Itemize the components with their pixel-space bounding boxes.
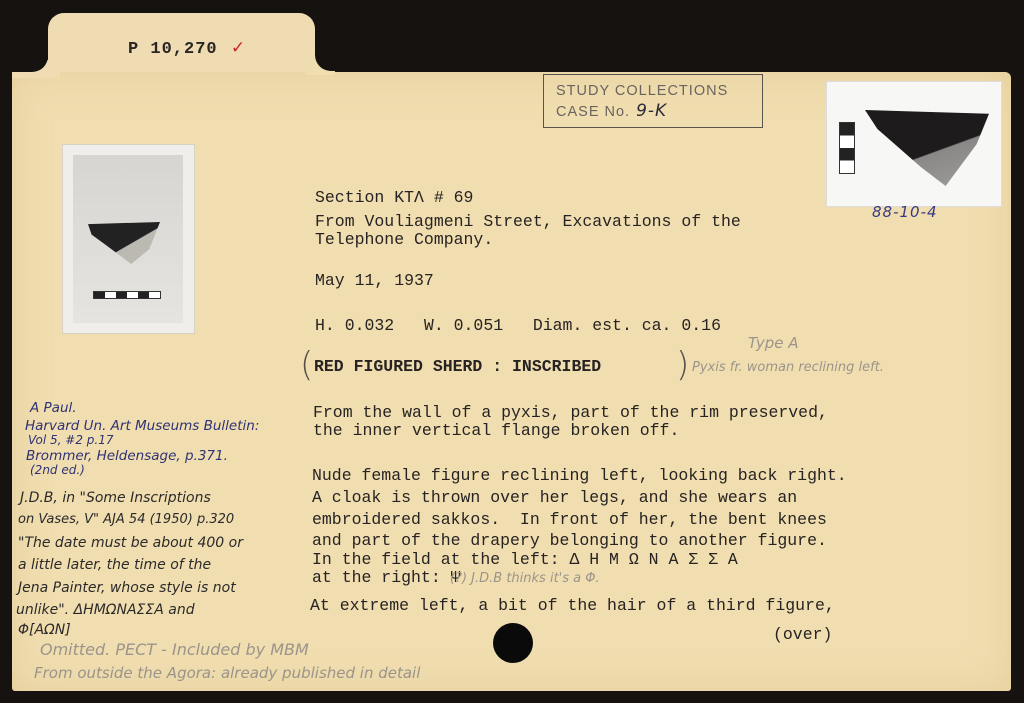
- object-type: RED FIGURED SHERD : INSCRIBED: [314, 358, 601, 376]
- sherd-image: [865, 110, 989, 186]
- stamp-case-row: CASE No.9-K: [556, 101, 762, 122]
- bracket-right: ): [676, 345, 689, 385]
- punch-hole: [493, 623, 533, 663]
- bibliography-note: Vol 5, #2 p.17: [28, 433, 113, 447]
- tab-right-shoulder: [305, 55, 335, 75]
- bibliography-note: Brommer, Heldensage, p.371.: [26, 448, 228, 464]
- catalog-number: P 10,270 ✓: [128, 38, 246, 59]
- catalog-number-text: P 10,270: [128, 40, 218, 59]
- accession-number: 88-10-4: [872, 203, 938, 221]
- sherd-photo-closeup: [826, 81, 1002, 207]
- study-collections-stamp: STUDY COLLECTIONS CASE No.9-K: [543, 74, 763, 128]
- description-line: and part of the drapery belonging to ano…: [312, 532, 827, 550]
- jdb-note-line: on Vases, V" AJA 54 (1950) p.320: [18, 512, 234, 527]
- excavation-date: May 11, 1937: [315, 272, 434, 290]
- bibliography-note: Harvard Un. Art Museums Bulletin:: [25, 418, 259, 434]
- stamp-case-label: CASE No.: [556, 104, 630, 120]
- stamp-case-value: 9-K: [636, 101, 667, 121]
- tab-left-shoulder: [12, 60, 60, 78]
- jdb-note-line: "The date must be about 400 or: [18, 535, 243, 551]
- description-line: the inner vertical flange broken off.: [313, 422, 679, 440]
- description-line: embroidered sakkos. In front of her, the…: [312, 511, 827, 529]
- sherd-photo-overview: [62, 144, 195, 334]
- continued-over: (over): [773, 626, 832, 644]
- pencil-note-omitted: Omitted. PECT - Included by MBM: [40, 640, 309, 659]
- scale-bar-icon: [839, 122, 855, 174]
- section-label: Section KTΛ # 69: [315, 189, 473, 207]
- description-line: A cloak is thrown over her legs, and she…: [312, 489, 797, 507]
- description-line: At extreme left, a bit of the hair of a …: [310, 597, 835, 615]
- stamp-title: STUDY COLLECTIONS: [556, 81, 762, 101]
- jdb-note-line: unlike". ΔΗΜΩΝΑΣΣΑ and: [16, 602, 195, 618]
- jdb-note-line: a little later, the time of the: [18, 557, 211, 573]
- provenance-line-2: Telephone Company.: [315, 231, 493, 249]
- jdb-note-line: Φ[ΑΩΝ]: [18, 622, 71, 638]
- pencil-note-inscription: (?) J.D.B thinks it's a Φ.: [450, 571, 600, 586]
- description-line: From the wall of a pyxis, part of the ri…: [313, 404, 828, 422]
- bibliography-note: A Paul.: [30, 400, 77, 416]
- scale-bar-icon: [93, 291, 161, 299]
- bibliography-note: (2nd ed.): [30, 463, 85, 477]
- inscription-right: at the right: Ψ: [312, 569, 461, 587]
- pencil-note-type: Pyxis fr. woman reclining left.: [692, 360, 884, 375]
- jdb-note-line: J.D.B, in "Some Inscriptions: [20, 490, 211, 506]
- bracket-left: (: [300, 345, 313, 385]
- inscription-left: In the field at the left: Δ Η Μ Ω Ν Α Σ …: [312, 551, 738, 569]
- type-annotation: Type A: [748, 334, 799, 352]
- provenance-line-1: From Vouliagmeni Street, Excavations of …: [315, 213, 741, 231]
- pencil-note-published: From outside the Agora: already publishe…: [34, 664, 420, 682]
- description-line: Nude female figure reclining left, looki…: [312, 467, 847, 485]
- check-mark-icon: ✓: [231, 38, 246, 58]
- jdb-note-line: Jena Painter, whose style is not: [18, 580, 236, 596]
- dimensions: H. 0.032 W. 0.051 Diam. est. ca. 0.16: [315, 317, 721, 335]
